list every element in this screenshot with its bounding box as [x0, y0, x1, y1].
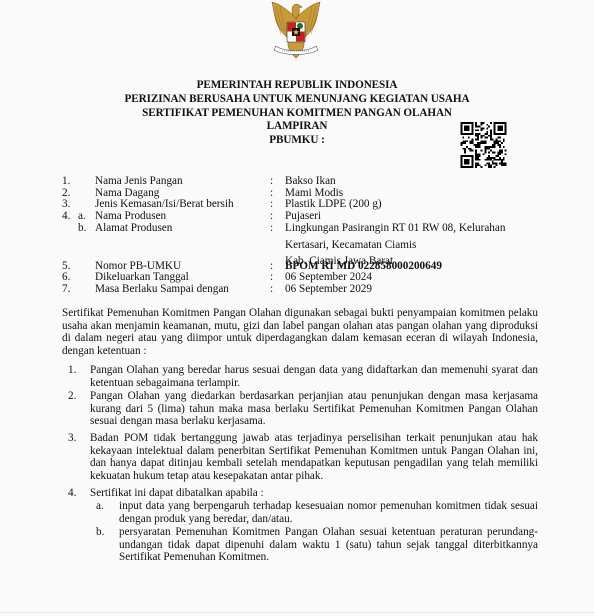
field-number: 1. — [62, 175, 70, 187]
header-licensing: PERIZINAN BERUSAHA UNTUK MENUNJANG KEGIA… — [0, 93, 594, 106]
provision-subitem-text: persyaratan Pemenuhan Komitmen Pangan Ol… — [119, 526, 538, 564]
field-label: Masa Berlaku Sampai dengan — [95, 283, 229, 295]
garuda-emblem-icon — [262, 0, 330, 68]
field-value: Plastik LDPE (200 g) — [285, 198, 382, 210]
provision-item-number: 2. — [68, 390, 76, 403]
field-label: Alamat Produsen — [95, 222, 172, 234]
field-sub-letter: a. — [78, 210, 86, 222]
field-label: Nama Produsen — [95, 210, 166, 222]
field-colon: : — [270, 210, 273, 222]
field-sub-letter: b. — [78, 222, 86, 234]
field-number: 6. — [62, 271, 70, 283]
field-label: Nama Jenis Pangan — [95, 175, 183, 187]
field-colon: : — [270, 271, 273, 283]
field-number: 3. — [62, 198, 70, 210]
field-value: 06 September 2024 — [285, 271, 372, 283]
certificate-page: PEMERINTAH REPUBLIK INDONESIA PERIZINAN … — [0, 0, 594, 613]
header-government: PEMERINTAH REPUBLIK INDONESIA — [0, 79, 594, 92]
field-colon: : — [270, 283, 273, 295]
field-value: Lingkungan Pasirangin RT 01 RW 08, Kelur… — [285, 222, 505, 234]
intro-paragraph: Sertifikat Pemenuhan Komitmen Pangan Ola… — [62, 307, 538, 358]
provision-item-text: Sertifikat ini dapat dibatalkan apabila … — [90, 487, 538, 500]
field-value: Bakso Ikan — [285, 175, 336, 187]
provision-subitem-text: input data yang berpengaruh terhadap kes… — [119, 500, 538, 525]
provision-item-text: Badan POM tidak bertanggung jawab atas t… — [90, 432, 538, 483]
provision-item-number: 1. — [68, 364, 76, 377]
field-colon: : — [270, 222, 273, 234]
header-certificate-title: SERTIFIKAT PEMENUHAN KOMITMEN PANGAN OLA… — [0, 107, 594, 120]
field-number: 4. — [62, 210, 70, 222]
provision-item-number: 3. — [68, 432, 76, 445]
provision-item-number: 4. — [68, 487, 76, 500]
field-label: Dikeluarkan Tanggal — [95, 271, 189, 283]
qr-code-icon — [459, 122, 508, 168]
provision-item-text: Pangan Olahan yang beredar harus sesuai … — [90, 364, 538, 389]
field-label: Jenis Kemasan/Isi/Berat bersih — [95, 198, 234, 210]
field-value: 06 September 2029 — [285, 283, 372, 295]
provision-item-text: Pangan Olahan yang diedarkan berdasarkan… — [90, 390, 538, 428]
field-number: 7. — [62, 283, 70, 295]
field-value: Pujaseri — [285, 210, 321, 222]
field-colon: : — [270, 198, 273, 210]
field-colon: : — [270, 175, 273, 187]
provision-subitem-number: b. — [96, 526, 104, 539]
provision-subitem-number: a. — [96, 500, 104, 513]
field-value: Kertasari, Kecamatan Ciamis — [285, 239, 416, 251]
